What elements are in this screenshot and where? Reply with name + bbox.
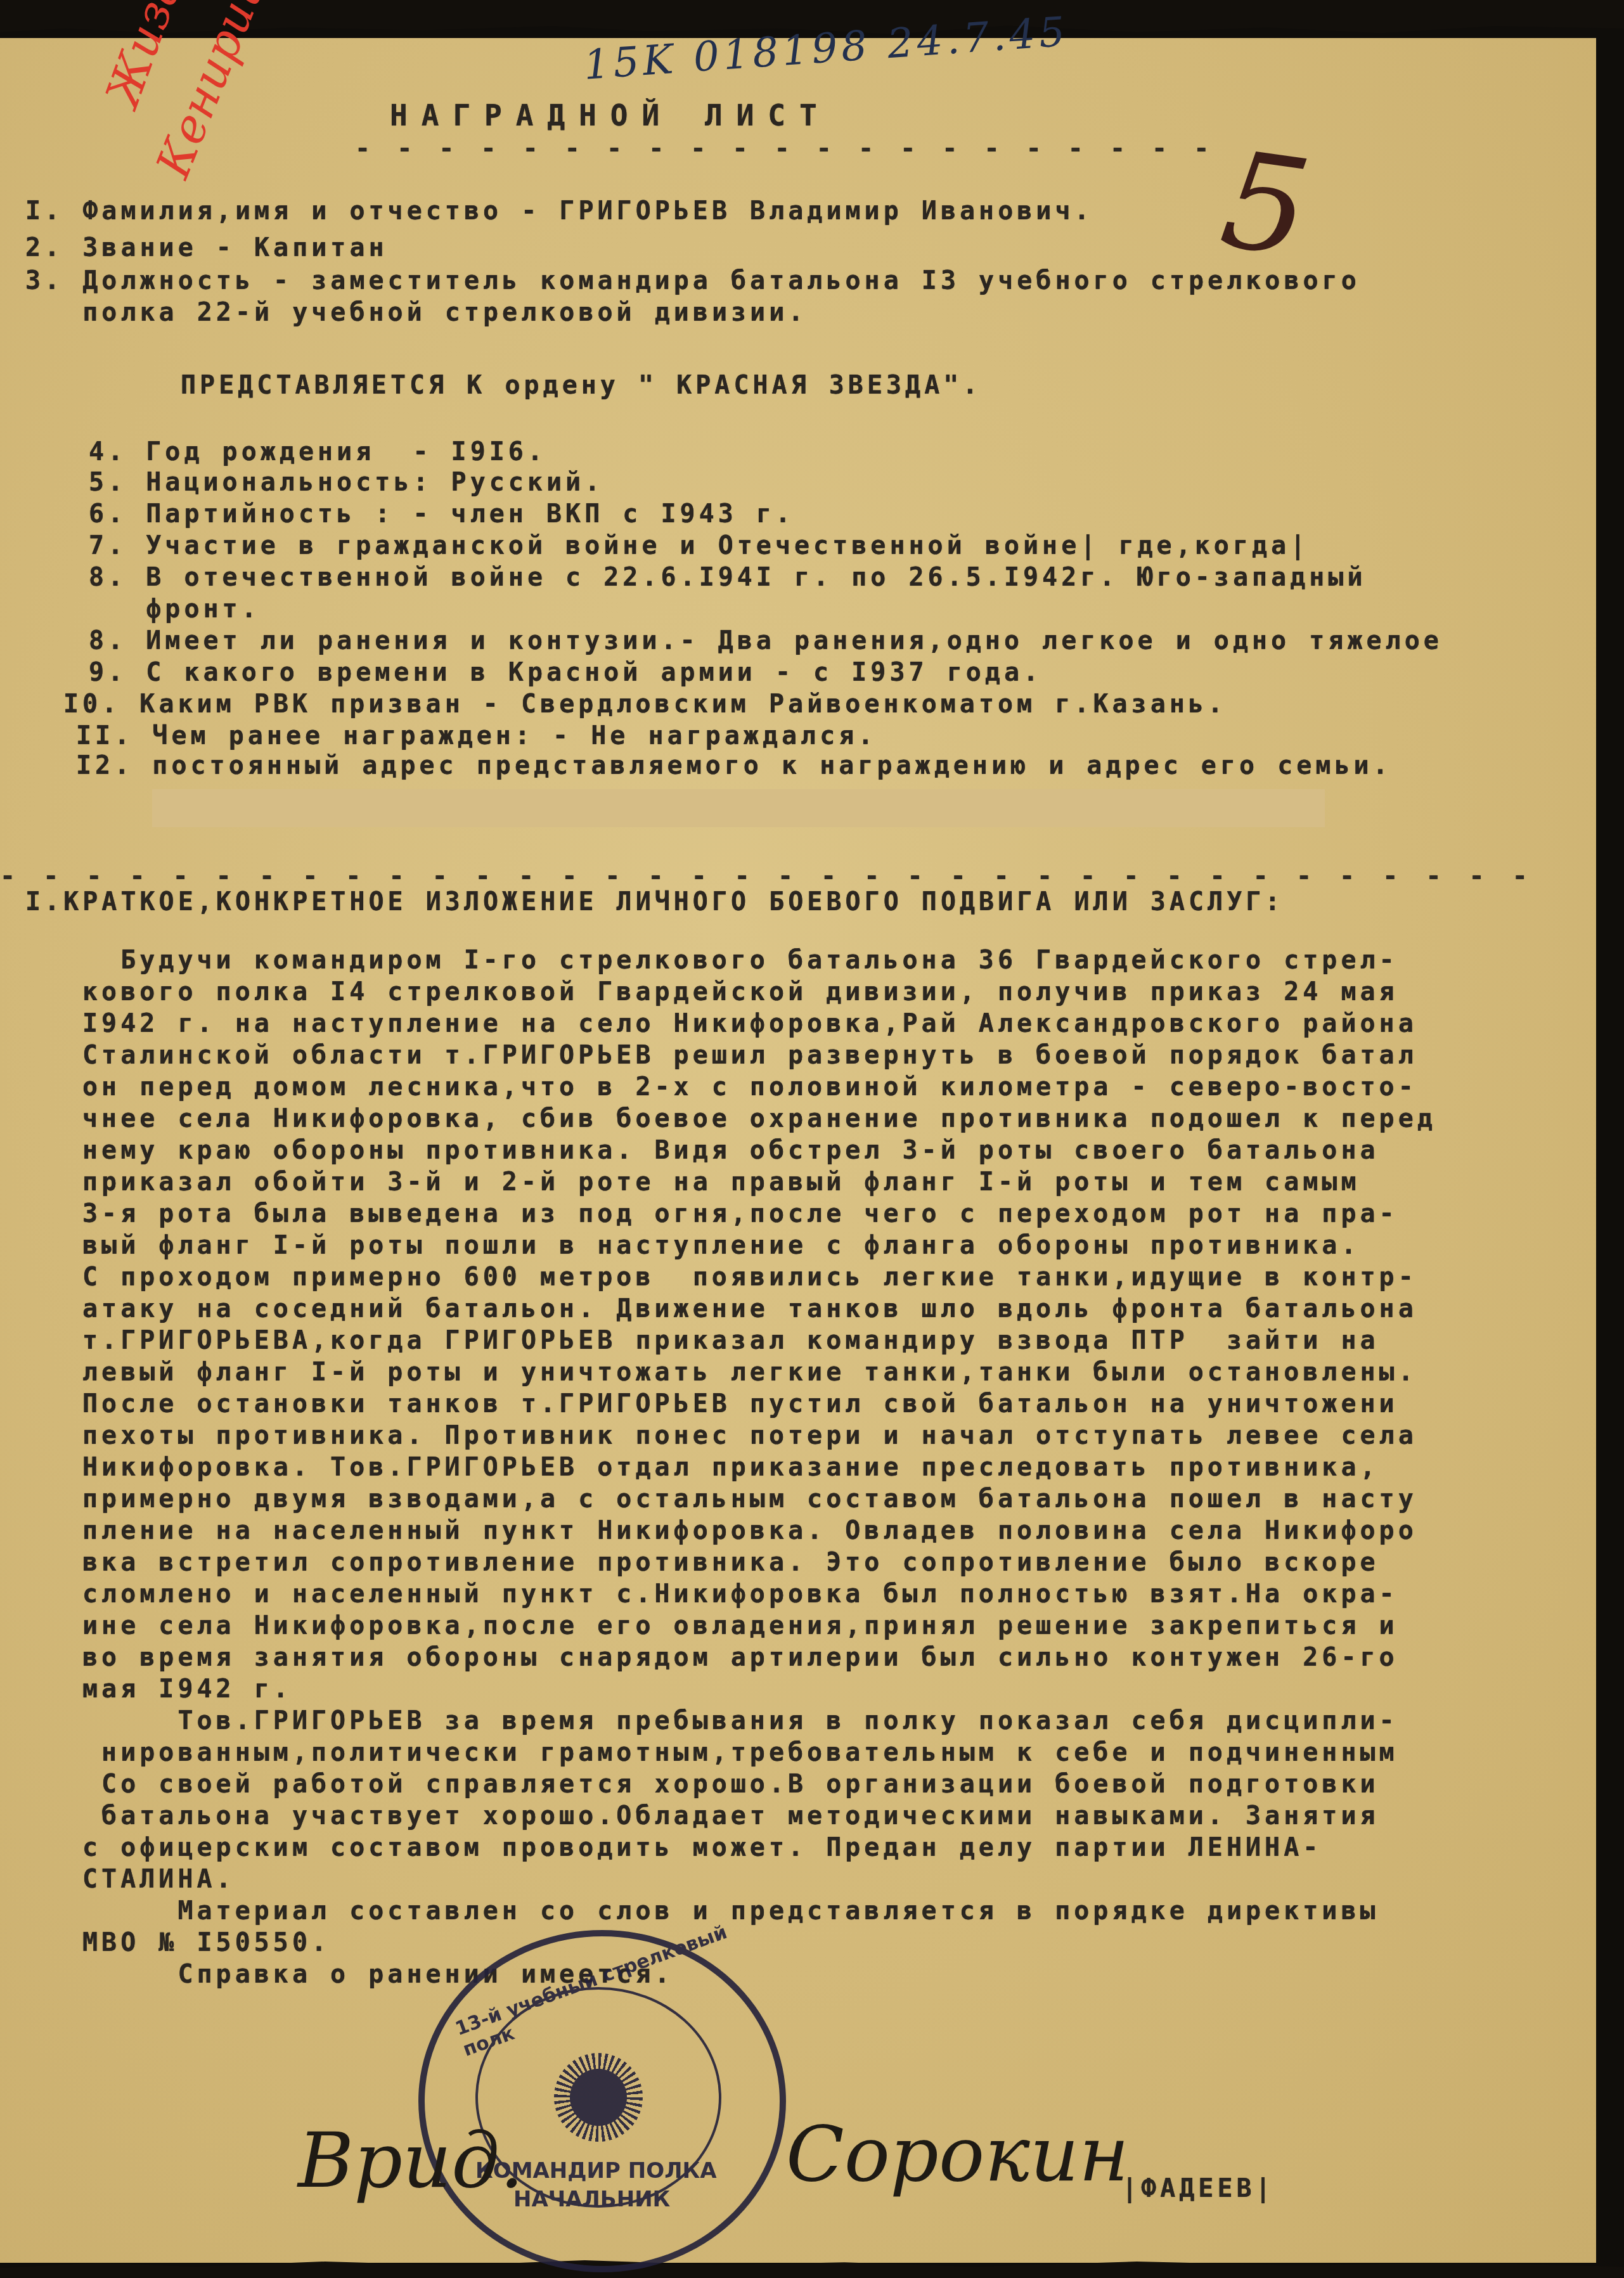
body-line: вка встретил сопротивление противника. Э… bbox=[82, 1547, 1436, 1578]
document-title: НАГРАДНОЙ ЛИСТ bbox=[390, 98, 831, 132]
body-line: С проходом примерно 600 метров появились… bbox=[82, 1261, 1436, 1293]
title-underline: - - - - - - - - - - - - - - - - - - - - … bbox=[355, 134, 1215, 164]
nomination-line: ПРЕДСТАВЛЯЕТСЯ К ордену " КРАСНАЯ ЗВЕЗДА… bbox=[181, 371, 981, 400]
body-line: приказал обойти 3-й и 2-й роте на правый… bbox=[82, 1166, 1436, 1198]
state-emblem-icon bbox=[554, 2053, 643, 2142]
body-line: во время занятия обороны снарядом артиле… bbox=[82, 1642, 1436, 1673]
body-line: левый фланг I-й роты и уничтожать легкие… bbox=[82, 1356, 1436, 1388]
commander-signature: Сорокин bbox=[786, 2111, 1129, 2199]
regiment-seal-stamp: 13-й учебный стрелковый полк КОМАНДИР ПО… bbox=[418, 1930, 786, 2272]
detail-war-period-cont: фронт. bbox=[89, 595, 261, 624]
body-line: нему краю обороны противника. Видя обстр… bbox=[82, 1135, 1436, 1166]
body-line: чнее села Никифоровка, сбив боевое охран… bbox=[82, 1103, 1436, 1135]
body-line: сломлено и населенный пункт с.Никифоровк… bbox=[82, 1578, 1436, 1610]
body-line: ине села Никифоровка,после его овладения… bbox=[82, 1610, 1436, 1642]
body-line: нированным,политически грамотным,требова… bbox=[82, 1737, 1436, 1768]
body-line: Со своей работой справляется хорошо.В ор… bbox=[82, 1768, 1436, 1800]
section-heading-feat: I.КРАТКОЕ,КОНКРЕТНОЕ ИЗЛОЖЕНИЕ ЛИЧНОГО Б… bbox=[25, 887, 1284, 917]
detail-wounds: 8. Имеет ли ранения и контузии.- Два ран… bbox=[89, 626, 1443, 655]
detail-nationality: 5. Национальность: Русский. bbox=[89, 468, 603, 497]
body-line: I942 г. на наступление на село Никифоров… bbox=[82, 1008, 1436, 1039]
field-position: 3. Должность - заместитель командира бат… bbox=[25, 266, 1360, 295]
body-line: пехоты противника. Противник понес потер… bbox=[82, 1420, 1436, 1451]
body-line: Будучи командиром I-го стрелкового батал… bbox=[82, 944, 1436, 976]
detail-conscripted-by: I0. Каким РВК призван - Свердловским Рай… bbox=[63, 690, 1227, 719]
detail-address: I2. постоянный адрес представляемого к н… bbox=[76, 751, 1392, 780]
body-line: атаку на соседний батальон. Движение тан… bbox=[82, 1293, 1436, 1325]
body-line: После остановки танков т.ГРИГОРЬЕВ пусти… bbox=[82, 1388, 1436, 1420]
detail-party: 6. Партийность : - член ВКП с I943 г. bbox=[89, 499, 794, 529]
detail-war-participation: 7. Участие в гражданской войне и Отечест… bbox=[89, 531, 1309, 560]
body-line: вый фланг I-й роты пошли в наступление с… bbox=[82, 1230, 1436, 1261]
feat-description: Будучи командиром I-го стрелкового батал… bbox=[82, 944, 1436, 1990]
body-line: СТАЛИНА. bbox=[82, 1863, 1436, 1895]
body-line: батальона участвует хорошо.Обладает мето… bbox=[82, 1800, 1436, 1832]
redacted-address-block bbox=[152, 789, 1325, 827]
seal-center-text-2: НАЧАЛЬНИК bbox=[513, 2187, 670, 2212]
detail-service-since: 9. С какого времени в Красной армии - с … bbox=[89, 658, 1042, 687]
detail-war-period: 8. В отечественной войне с 22.6.I94I г. … bbox=[89, 563, 1367, 592]
body-line: 3-я рота была выведена из под огня,после… bbox=[82, 1198, 1436, 1230]
field-rank: 2. Звание - Капитан bbox=[25, 233, 388, 262]
body-line: мая I942 г. bbox=[82, 1673, 1436, 1705]
signature-prefix: Врид. bbox=[298, 2117, 524, 2205]
body-line: пление на населенный пункт Никифоровка. … bbox=[82, 1515, 1436, 1547]
body-line: т.ГРИГОРЬЕВА,когда ГРИГОРЬЕВ приказал ко… bbox=[82, 1325, 1436, 1356]
body-line: с офицерским составом проводить может. П… bbox=[82, 1832, 1436, 1863]
detail-birth-year: 4. Год рождения - I9I6. bbox=[89, 437, 546, 467]
body-line: Сталинской области т.ГРИГОРЬЕВ решил раз… bbox=[82, 1039, 1436, 1071]
body-line: он перед домом лесника,что в 2-х с полов… bbox=[82, 1071, 1436, 1103]
body-line: Тов.ГРИГОРЬЕВ за время пребывания в полк… bbox=[82, 1705, 1436, 1737]
body-line: примерно двумя взводами,а с остальным со… bbox=[82, 1483, 1436, 1515]
body-line: Справка о ранении имеется. bbox=[82, 1959, 1436, 1990]
signatory-name: |ФАДЕЕВ| bbox=[1122, 2174, 1275, 2203]
body-line: кового полка I4 стрелковой Гвардейской д… bbox=[82, 976, 1436, 1008]
detail-prior-awards: II. Чем ранее награжден: - Не награждалс… bbox=[76, 721, 877, 750]
field-full-name: I. Фамилия,имя и отчество - ГРИГОРЬЕВ Вл… bbox=[25, 196, 1093, 226]
field-position-cont: полка 22-й учебной стрелковой дивизии. bbox=[25, 298, 807, 327]
body-line: Никифоровка. Тов.ГРИГОРЬЕВ отдал приказа… bbox=[82, 1451, 1436, 1483]
